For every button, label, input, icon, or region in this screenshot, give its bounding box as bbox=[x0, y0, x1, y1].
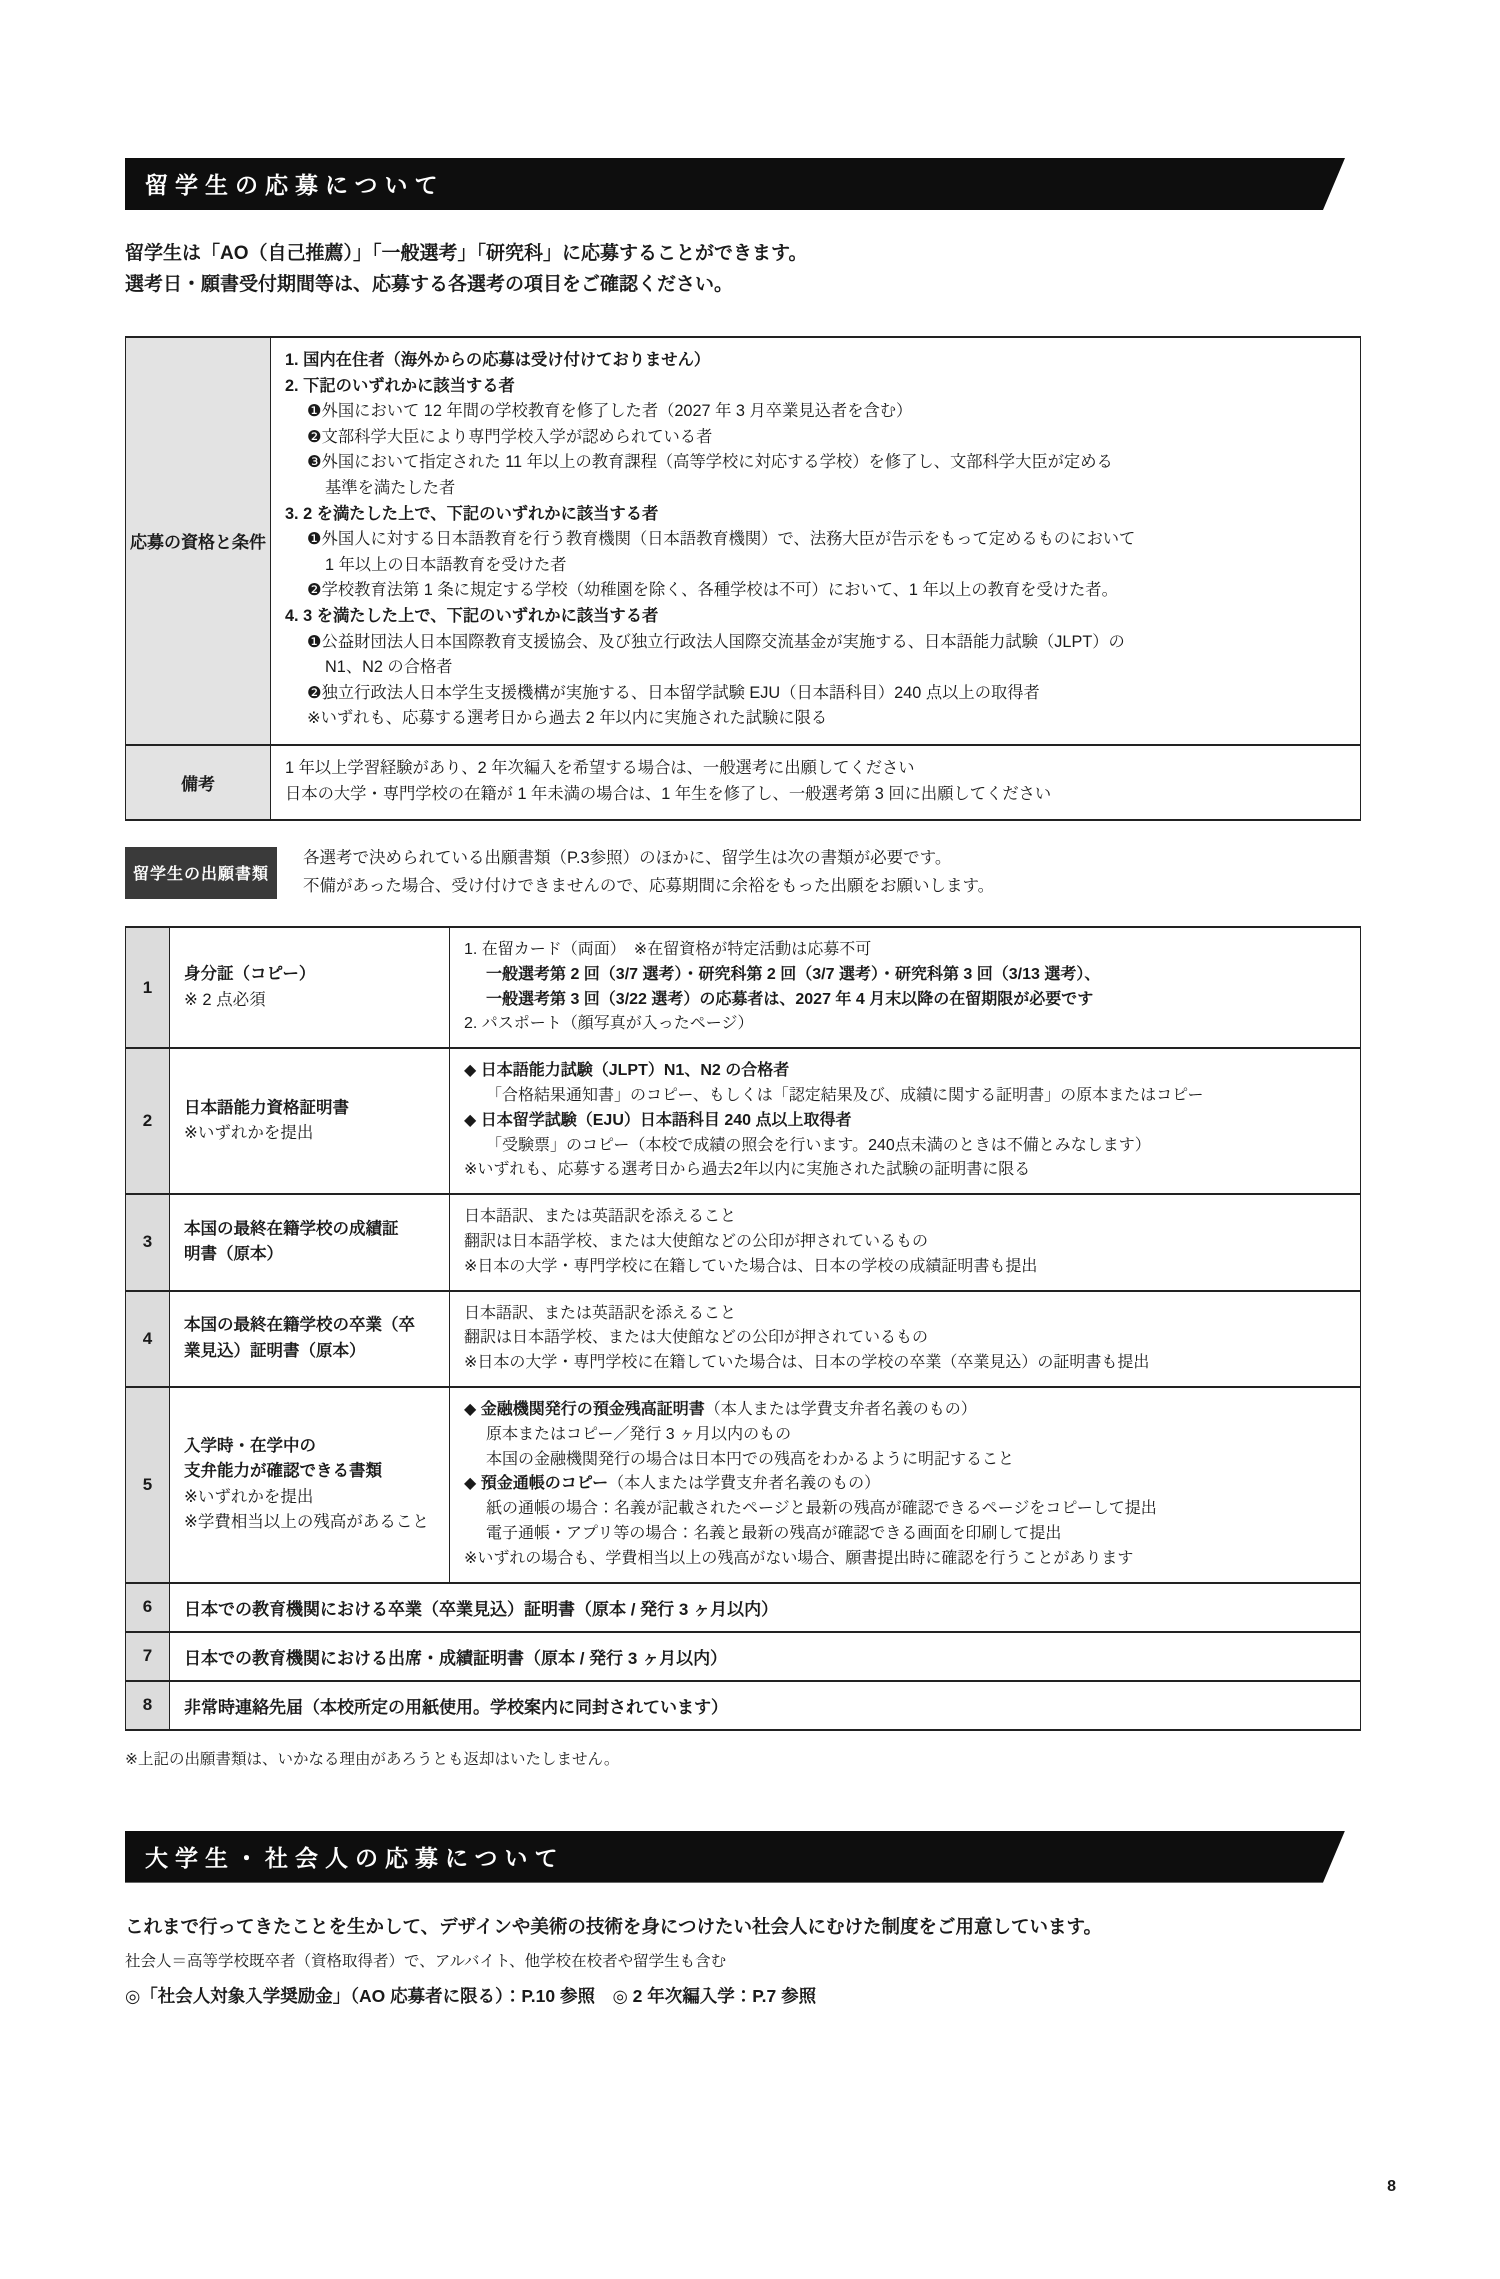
adult-lead-text: これまで行ってきたことを生かして、デザインや美術の技術を身につけたい社会人にむけ… bbox=[125, 1913, 1360, 1939]
remarks-row: 備考 1 年以上学習経験があり、2 年次編入を希望する場合は、一般選考に出願して… bbox=[126, 745, 1361, 820]
doc-number-cell: 4 bbox=[126, 1291, 170, 1387]
doc-number-cell: 2 bbox=[126, 1048, 170, 1194]
doc-title-cell: 入学時・在学中の支弁能力が確認できる書類※いずれかを提出※学費相当以上の残高があ… bbox=[170, 1387, 450, 1583]
doc-content-cell: 日本語訳、または英語訳を添えること翻訳は日本語学校、または大使館などの公印が押さ… bbox=[450, 1194, 1361, 1290]
doc-number-cell: 6 bbox=[126, 1583, 170, 1632]
documents-label-box: 留学生の出願書類 bbox=[125, 847, 277, 899]
document-row-2: 2 日本語能力資格証明書※いずれかを提出 ◆ 日本語能力試験（JLPT）N1、N… bbox=[126, 1048, 1361, 1194]
doc-number-cell: 3 bbox=[126, 1194, 170, 1290]
adult-note-text: 社会人＝高等学校既卒者（資格取得者）で、アルバイト、他学校在校者や留学生も含む bbox=[125, 1949, 1360, 1971]
eligibility-table: 応募の資格と条件 1. 国内在住者（海外からの応募は受け付けておりません）2. … bbox=[125, 336, 1361, 821]
doc-merged-cell: 日本での教育機関における出席・成績証明書（原本 / 発行 3 ヶ月以内） bbox=[170, 1632, 1361, 1681]
eligibility-row: 応募の資格と条件 1. 国内在住者（海外からの応募は受け付けておりません）2. … bbox=[126, 337, 1361, 745]
doc-title-cell: 身分証（コピー）※ 2 点必須 bbox=[170, 927, 450, 1048]
documents-header: 留学生の出願書類 各選考で決められている出願書類（P.3参照）のほかに、留学生は… bbox=[125, 845, 1360, 900]
doc-merged-cell: 非常時連絡先届（本校所定の用紙使用。学校案内に同封されています） bbox=[170, 1681, 1361, 1730]
doc-title-cell: 日本語能力資格証明書※いずれかを提出 bbox=[170, 1048, 450, 1194]
document-row-8: 8 非常時連絡先届（本校所定の用紙使用。学校案内に同封されています） bbox=[126, 1681, 1361, 1730]
international-intro: 留学生は「AO（自己推薦）」「一般選考」「研究科」に応募することができます。選考… bbox=[125, 238, 1360, 300]
documents-footnote: ※上記の出願書類は、いかなる理由があろうとも返却はいたしません。 bbox=[125, 1747, 1360, 1769]
doc-title-cell: 本国の最終在籍学校の成績証明書（原本） bbox=[170, 1194, 450, 1290]
eligibility-header-cell: 応募の資格と条件 bbox=[126, 337, 271, 745]
banner-international-students: 留学生の応募について bbox=[125, 158, 1345, 210]
page: 留学生の応募について 留学生は「AO（自己推薦）」「一般選考」「研究科」に応募す… bbox=[125, 158, 1360, 2008]
document-row-4: 4 本国の最終在籍学校の卒業（卒業見込）証明書（原本） 日本語訳、または英語訳を… bbox=[126, 1291, 1361, 1387]
doc-number-cell: 8 bbox=[126, 1681, 170, 1730]
remarks-content-cell: 1 年以上学習経験があり、2 年次編入を希望する場合は、一般選考に出願してくださ… bbox=[271, 745, 1361, 820]
doc-content-cell: ◆ 日本語能力試験（JLPT）N1、N2 の合格者「合格結果通知書」のコピー、も… bbox=[450, 1048, 1361, 1194]
documents-intro: 各選考で決められている出願書類（P.3参照）のほかに、留学生は次の書類が必要です… bbox=[303, 845, 994, 900]
page-number: 8 bbox=[1387, 2178, 1396, 2196]
doc-number-cell: 1 bbox=[126, 927, 170, 1048]
document-row-1: 1 身分証（コピー）※ 2 点必須 1. 在留カード（両面） ※在留資格が特定活… bbox=[126, 927, 1361, 1048]
document-row-6: 6 日本での教育機関における卒業（卒業見込）証明書（原本 / 発行 3 ヶ月以内… bbox=[126, 1583, 1361, 1632]
doc-number-cell: 5 bbox=[126, 1387, 170, 1583]
adult-reference-links: ◎「社会人対象入学奨励金」（AO 応募者に限る）：P.10 参照 ◎ 2 年次編… bbox=[125, 1983, 1360, 2008]
remarks-header-cell: 備考 bbox=[126, 745, 271, 820]
document-row-7: 7 日本での教育機関における出席・成績証明書（原本 / 発行 3 ヶ月以内） bbox=[126, 1632, 1361, 1681]
banner-adult-applicants: 大学生・社会人の応募について bbox=[125, 1831, 1345, 1883]
doc-merged-cell: 日本での教育機関における卒業（卒業見込）証明書（原本 / 発行 3 ヶ月以内） bbox=[170, 1583, 1361, 1632]
documents-table: 1 身分証（コピー）※ 2 点必須 1. 在留カード（両面） ※在留資格が特定活… bbox=[125, 926, 1361, 1731]
document-row-3: 3 本国の最終在籍学校の成績証明書（原本） 日本語訳、または英語訳を添えること翻… bbox=[126, 1194, 1361, 1290]
doc-content-cell: ◆ 金融機関発行の預金残高証明書（本人または学費支弁者名義のもの）原本またはコピ… bbox=[450, 1387, 1361, 1583]
doc-content-cell: 1. 在留カード（両面） ※在留資格が特定活動は応募不可一般選考第 2 回（3/… bbox=[450, 927, 1361, 1048]
eligibility-content-cell: 1. 国内在住者（海外からの応募は受け付けておりません）2. 下記のいずれかに該… bbox=[271, 337, 1361, 745]
doc-number-cell: 7 bbox=[126, 1632, 170, 1681]
doc-content-cell: 日本語訳、または英語訳を添えること翻訳は日本語学校、または大使館などの公印が押さ… bbox=[450, 1291, 1361, 1387]
doc-title-cell: 本国の最終在籍学校の卒業（卒業見込）証明書（原本） bbox=[170, 1291, 450, 1387]
document-row-5: 5 入学時・在学中の支弁能力が確認できる書類※いずれかを提出※学費相当以上の残高… bbox=[126, 1387, 1361, 1583]
